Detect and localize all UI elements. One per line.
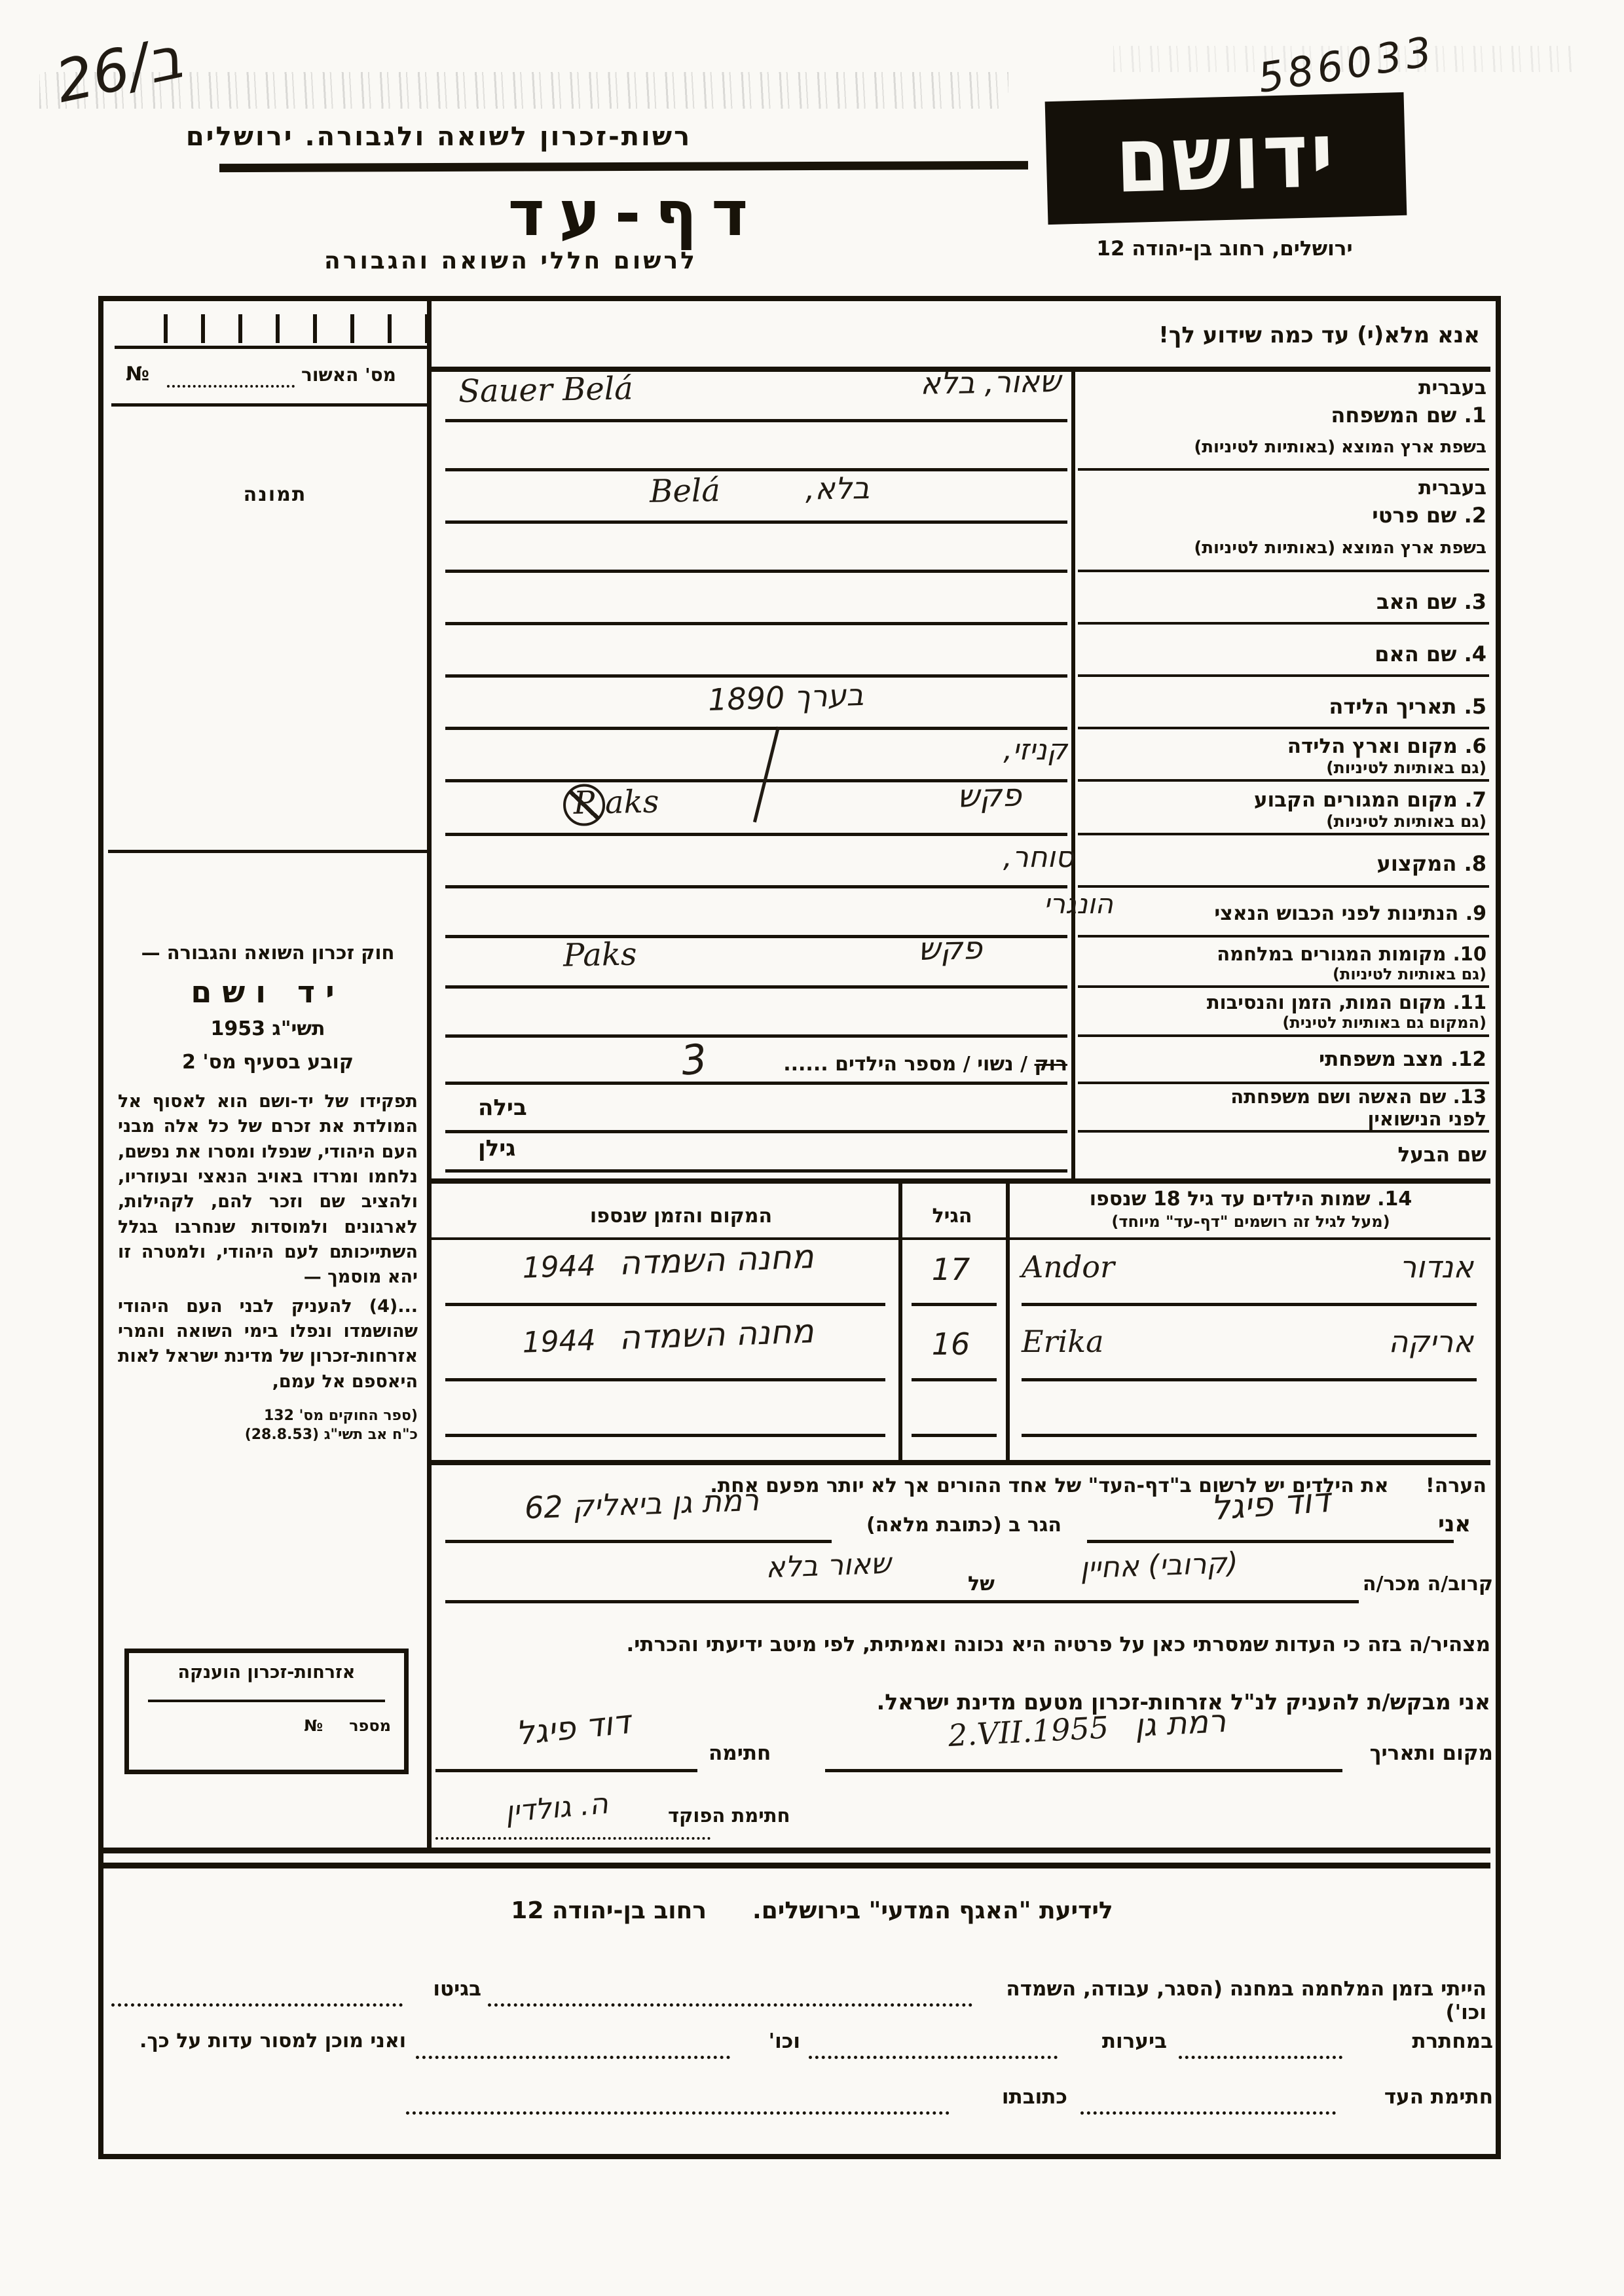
field10-label: 10. מקומות המגורים במלחמה [1080,943,1486,965]
option-single-struck: רוק [1035,1053,1067,1076]
form-subtitle: לרשום חללי השואה והגבורה [308,247,714,274]
field3-label: 3. שם האב [1080,589,1486,614]
underground-answer-line [1179,2056,1342,2059]
of-label: של [968,1573,995,1595]
underground-label: במחתרת [1352,2030,1493,2053]
row2-place-line [445,1378,885,1381]
field2-hebrew-value: בלא, [805,470,870,507]
field7-sublabel: (גם באותיות לטיניות) [1080,812,1486,831]
stamp-box-number-row: מספר № [142,1717,391,1735]
approval-number-label: מס' האשור [301,364,426,386]
field9-label: 9. הנתינות לפני הכבוש הנאצי [1080,902,1486,925]
relative-label: קרוב/ה מכר/ה [1300,1573,1493,1595]
law-source-book: (ספר החוקים מס' 132 [118,1408,418,1424]
declaration-statement: מצהיר/ה בזה כי העדות שמסרתי כאן על פרטיה… [452,1633,1490,1656]
main-vertical-divider [427,299,432,1848]
dotted-gap: ...... [783,1053,828,1076]
answer-line-1a [445,419,1067,422]
note-head: הערה! [1426,1474,1486,1497]
answer-line-2b [445,570,1067,573]
residing-label: הגר ב (כתובת מלאה) [846,1514,1082,1537]
photo-box-bottom-line [108,850,429,853]
forests-answer-line [809,2056,1058,2059]
row1-age-line [912,1303,997,1306]
child-age: 16 [905,1326,997,1362]
signature-line [435,1769,697,1772]
field2-language-tag: בעברית [1080,477,1486,500]
answer-line-10 [445,985,1067,989]
table-top-border [432,1178,1490,1184]
approval-number-line [167,385,295,388]
child-name-hebrew: אנדור [1399,1249,1473,1285]
stamp-box-line [148,1700,384,1702]
field6-sublabel: (גם באותיות לטיניות) [1080,758,1486,777]
law-clause: ...(4) להעניק לבני העם היהודי שהושמדו ונ… [118,1294,418,1394]
table-header-age: הגיל [902,1205,1002,1228]
field7-label: 7. מקום המגורים הקבוע [1080,788,1486,812]
field9-handwriting: הונגרי [950,888,1113,920]
table-bottom-border [432,1460,1490,1465]
place-date-label: מקום ותאריך [1348,1741,1493,1765]
ghetto-label: בגיטו [413,1977,481,2001]
field2-sublabel: בשפת ארץ המוצא (באותיות לטיניות) [1080,538,1486,558]
law-yad-vashem: יד ושם [118,974,418,1010]
field1-sublabel: בשפת ארץ המוצא (באותיות לטיניות) [1080,437,1486,457]
field1-hebrew-value: שאור, בלא [920,363,1061,401]
yad-vashem-logo: ידושם [1045,92,1407,225]
witness-signature-label: חתימת העד [1348,2085,1493,2109]
field7-handwriting: פקש Paks [563,776,1022,826]
field12-label: 12. מצב משפחתי [1080,1048,1486,1071]
etc-answer-line [416,2056,730,2059]
signature-label: חתימה [709,1741,771,1765]
field13-label: 13. שם האשה ושם משפחתה [1080,1085,1486,1108]
fill-instruction: אנא מלא(י) עד כמה שידוע לך! [1113,322,1480,348]
table-header-names: 14. שמות הילדים עד גיל 18 שנספו [1022,1188,1480,1211]
relation-line [445,1600,1359,1603]
answer-line-13 [445,1130,1067,1133]
war-camp-label: הייתי בזמן המלחמה במחנה (הסגר, עבודה, הש… [982,1977,1486,2024]
place-date-line [825,1769,1342,1772]
answer-line-12 [445,1082,1067,1085]
answer-line-2a [445,520,1067,524]
field10-hebrew-value: פקש [917,930,982,968]
field6-label: 6. מקום וארץ הלידה [1080,735,1486,758]
child-name-hebrew: אריקה [1388,1324,1473,1359]
scanned-testimony-page: 26/ב 586033 רשות-זכרון לשואה ולגבורה. יר… [0,0,1624,2296]
address-line [445,1540,832,1543]
law-section: קובע בסעיף מס' 2 [118,1051,418,1074]
field8-label: 8. המקצוע [1080,851,1486,876]
forests-label: ביערות [1069,2030,1167,2053]
table-header-names-sub: (מעל לגיל זה רושמים "דף-עד" מיוחד) [1022,1212,1480,1231]
answer-line-3 [445,622,1067,625]
field5-label: 5. תאריך הלידה [1080,694,1486,719]
child-name-latin: Andor [1022,1249,1115,1285]
clerk-signature-label: חתימת הפוקד [668,1804,790,1827]
form-title: דף-עד [504,178,766,250]
row3-name-line [1022,1434,1477,1437]
option-married-children: / נשוי / מספר הילדים [835,1053,1027,1076]
field13-handwriting: בילה [478,1095,527,1121]
table-vline-name-age [1006,1178,1010,1465]
field4-label: 4. שם האם [1080,642,1486,666]
declarant-name-line [1087,1540,1454,1543]
field10-latin-value: Paks [563,936,637,974]
table-row: אריקה Erika [1022,1324,1473,1359]
law-source-date: כ"ח אב תשי"ג (28.8.53) [118,1427,418,1443]
answer-line-4 [445,674,1067,678]
field10-sublabel: (גם באותיות לטיניות) [1080,965,1486,983]
field6-handwriting: קניזי, [891,733,1067,767]
ghetto-answer-line [111,2003,403,2007]
stamp-box-title: אזרחות-זכרון הוענקה [129,1662,404,1683]
witness-address-label: כתובתו [963,2085,1067,2109]
husband-name-handwriting: גילן [478,1135,515,1161]
declarant-i-label: אני [1438,1511,1471,1537]
scientific-branch-address: רחוב בן-יהודה 12 [511,1897,707,1924]
willing-to-testify: ואני מוכן למסור עדות על כך. [111,2030,406,2052]
table-row: אנדור Andor [1022,1249,1473,1285]
row1-name-line [1022,1303,1477,1306]
stamp-number-label: מספר [349,1717,391,1735]
answer-line-husband [445,1169,1067,1173]
law-excerpt-block: חוק זכרון השואה והגבורה — יד ושם תשי"ג 1… [118,941,418,1443]
labels-vertical-divider [1071,372,1075,1178]
section-double-rule-bottom [103,1863,1490,1868]
etc-label: וכו' [741,2030,800,2053]
field1-language-tag: בעברית [1080,376,1486,399]
header-rule [219,161,1028,172]
field8-handwriting: סוחר, [917,841,1074,874]
clerk-signature-line [435,1837,710,1840]
numero-sign: № [126,363,149,386]
law-title: חוק זכרון השואה והגבורה — [118,941,418,964]
field13-sublabel: לפני הנישואין [1080,1108,1486,1130]
field1-label: 1. שם המשפחה [1080,403,1486,428]
field7-hebrew-value: פקש [957,777,1022,815]
scientific-branch-title-text: לידיעת "האגף המדעי" בירושלים. [752,1897,1113,1924]
field7-latin-value: Paks [563,783,659,827]
field1-latin-value: Sauer Belá [458,370,634,410]
calibration-ticks [141,314,429,343]
row2-name-line [1022,1378,1477,1381]
approval-row-underline [111,403,428,407]
child-name-latin: Erika [1022,1324,1104,1359]
child-age: 17 [905,1252,997,1287]
row1-place-line [445,1303,885,1306]
crossed-letter: P [563,784,605,826]
field10-handwriting: פקש Paks [563,930,983,974]
husband-name-label: שם הבעל [1080,1143,1486,1167]
field2-latin-value: Belá [650,472,721,510]
office-address: ירושלים, רחוב בן-יהודה 12 [1028,237,1421,261]
field11-label: 11. מקום המות, הזמן והנסיבות [1080,991,1486,1013]
field12-options: רוק / נשוי / מספר הילדים ...... [753,1053,1067,1076]
table-header-underline [432,1237,1490,1240]
row2-age-line [912,1378,997,1381]
witness-address-line [406,2111,950,2115]
law-body: תפקידו של יד-ושם הוא לאסוף אל המולדת את … [118,1089,418,1290]
ticks-underline [115,346,428,349]
law-year: תשי"ג 1953 [118,1017,418,1040]
field2-label: 2. שם פרטי [1080,503,1486,528]
numero-sign: № [304,1717,323,1735]
field11-sublabel: (המקום גם באותיות לטינית) [1080,1013,1486,1032]
camp-answer-line [488,2003,972,2007]
yad-vashem-logo-text: ידושם [1044,81,1407,232]
answer-line-11 [445,1034,1067,1038]
row3-place-line [445,1434,885,1437]
answer-line-5 [445,727,1067,730]
answer-line-7 [445,833,1067,836]
field12-handwriting: 3 [678,1034,709,1085]
memorial-citizenship-stamp-box: אזרחות-זכרון הוענקה מספר № [124,1649,409,1774]
section-double-rule-top [103,1848,1490,1853]
photo-placeholder-label: תמונה [216,483,334,506]
table-header-place: המקום והזמן שנספו [498,1205,864,1228]
authority-name: רשות-זכרון לשואה ולגבורה. ירושלים [151,122,727,152]
witness-signature-line [1080,2111,1336,2115]
row3-age-line [912,1434,997,1437]
scientific-branch-title: לידיעת "האגף המדעי" בירושלים. רחוב בן-יה… [262,1897,1362,1924]
